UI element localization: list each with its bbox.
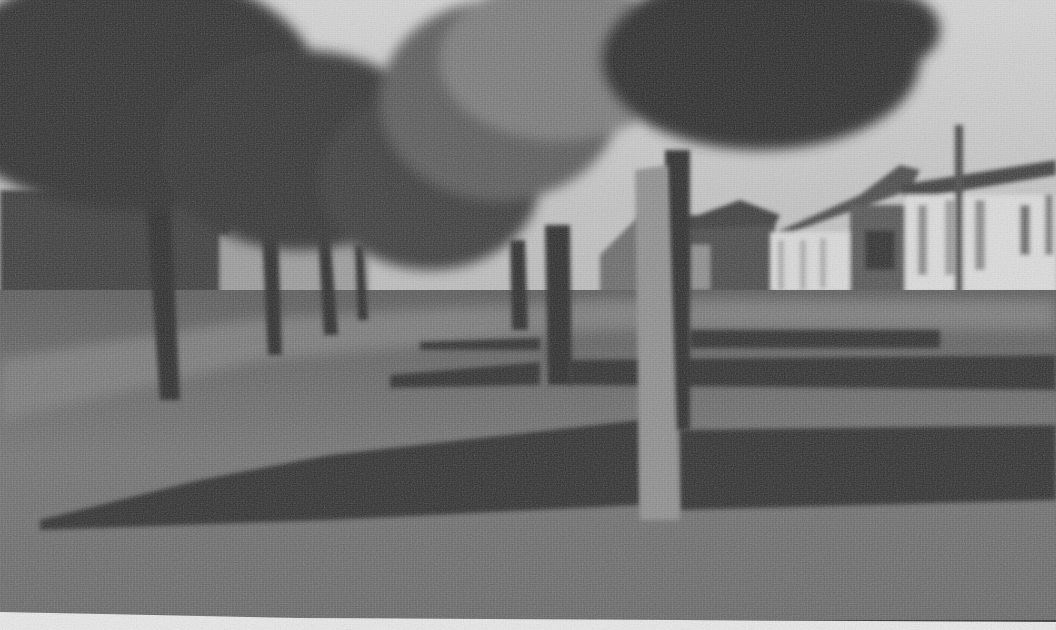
scene xyxy=(0,0,1056,630)
photograph: Tree-lined lawn with a path and long low… xyxy=(0,0,1056,630)
film-grain xyxy=(0,0,1056,630)
